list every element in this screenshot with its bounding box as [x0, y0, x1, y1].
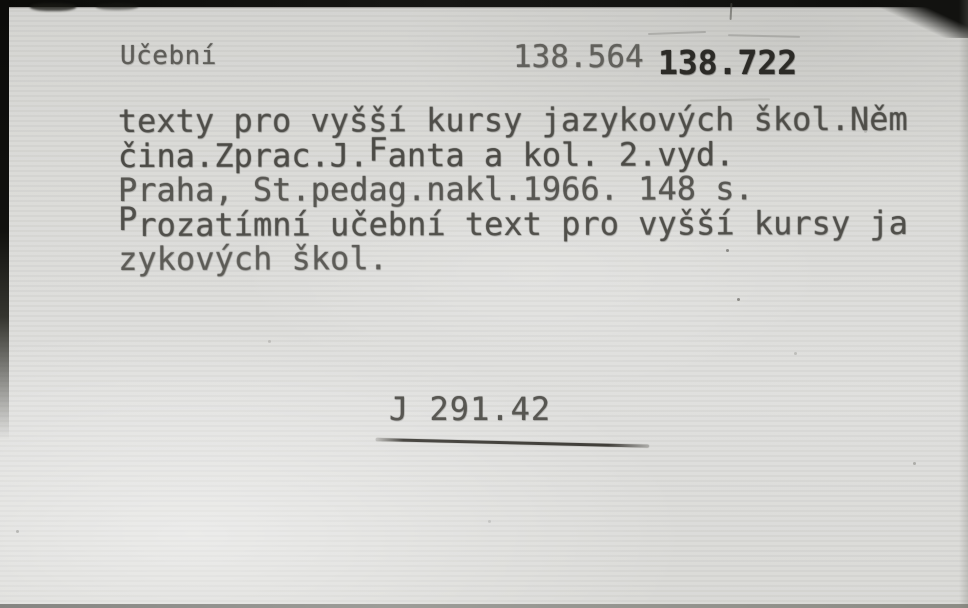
- pencil-mark: [728, 34, 800, 38]
- typewritten-segment: texty pro vyšší kursy jazykových škol.Ně…: [118, 100, 908, 140]
- typewritten-segment: čina.Zprac.J.: [118, 136, 369, 175]
- card-body-lines: texty pro vyšší kursy jazykových škol.Ně…: [118, 102, 908, 277]
- card-line: Praha, St.pedag.nakl.1966. 148 s.: [118, 171, 908, 208]
- typewritten-segment: Praha, St.pedag.nakl.1966. 148 s.: [118, 169, 754, 209]
- card-heading: Učební: [120, 41, 217, 71]
- pencil-mark: [648, 31, 706, 35]
- scan-edge-left: [0, 0, 9, 440]
- typewritten-segment: zykových škol.: [118, 239, 388, 278]
- catalog-card-scan: Učební 138.564 138.722 texty pro vyšší k…: [0, 0, 968, 608]
- typewritten-segment: rozatímní učební text pro vyšší kursy ja: [137, 203, 908, 243]
- paper-speck: [726, 249, 729, 252]
- scan-edge-bottom: [0, 604, 968, 608]
- ink-smudge: [30, 3, 76, 11]
- paper-speck: [16, 530, 19, 533]
- classification-number-bold: 138.722: [658, 43, 797, 82]
- card-line: zykových škol.: [118, 240, 908, 277]
- paper-speck: [268, 340, 271, 343]
- paper-speck: [488, 520, 491, 523]
- scan-corner-top-right: [873, 0, 968, 38]
- classification-number-light: 138.564: [513, 39, 644, 75]
- call-number: J 291.42: [389, 390, 551, 428]
- typewritten-segment-raised: P: [118, 199, 137, 237]
- pencil-mark: [730, 3, 733, 20]
- card-line: Prozatímní učební text pro vyšší kursy j…: [118, 205, 908, 242]
- paper-speck: [864, 130, 867, 133]
- card-line: texty pro vyšší kursy jazykových škol.Ně…: [118, 102, 908, 139]
- scan-edge-right: [959, 0, 968, 608]
- paper-speck: [794, 352, 797, 355]
- scan-edge-top: [0, 0, 968, 7]
- card-line: čina.Zprac.J.Fanta a kol. 2.vyd.: [118, 136, 908, 173]
- typewritten-segment-raised: F: [368, 130, 387, 168]
- ink-smudge: [96, 3, 138, 10]
- typewritten-segment: anta a kol. 2.vyd.: [388, 135, 735, 174]
- call-number-underline: [376, 438, 649, 448]
- paper-speck: [913, 462, 916, 465]
- paper-speck: [737, 298, 740, 301]
